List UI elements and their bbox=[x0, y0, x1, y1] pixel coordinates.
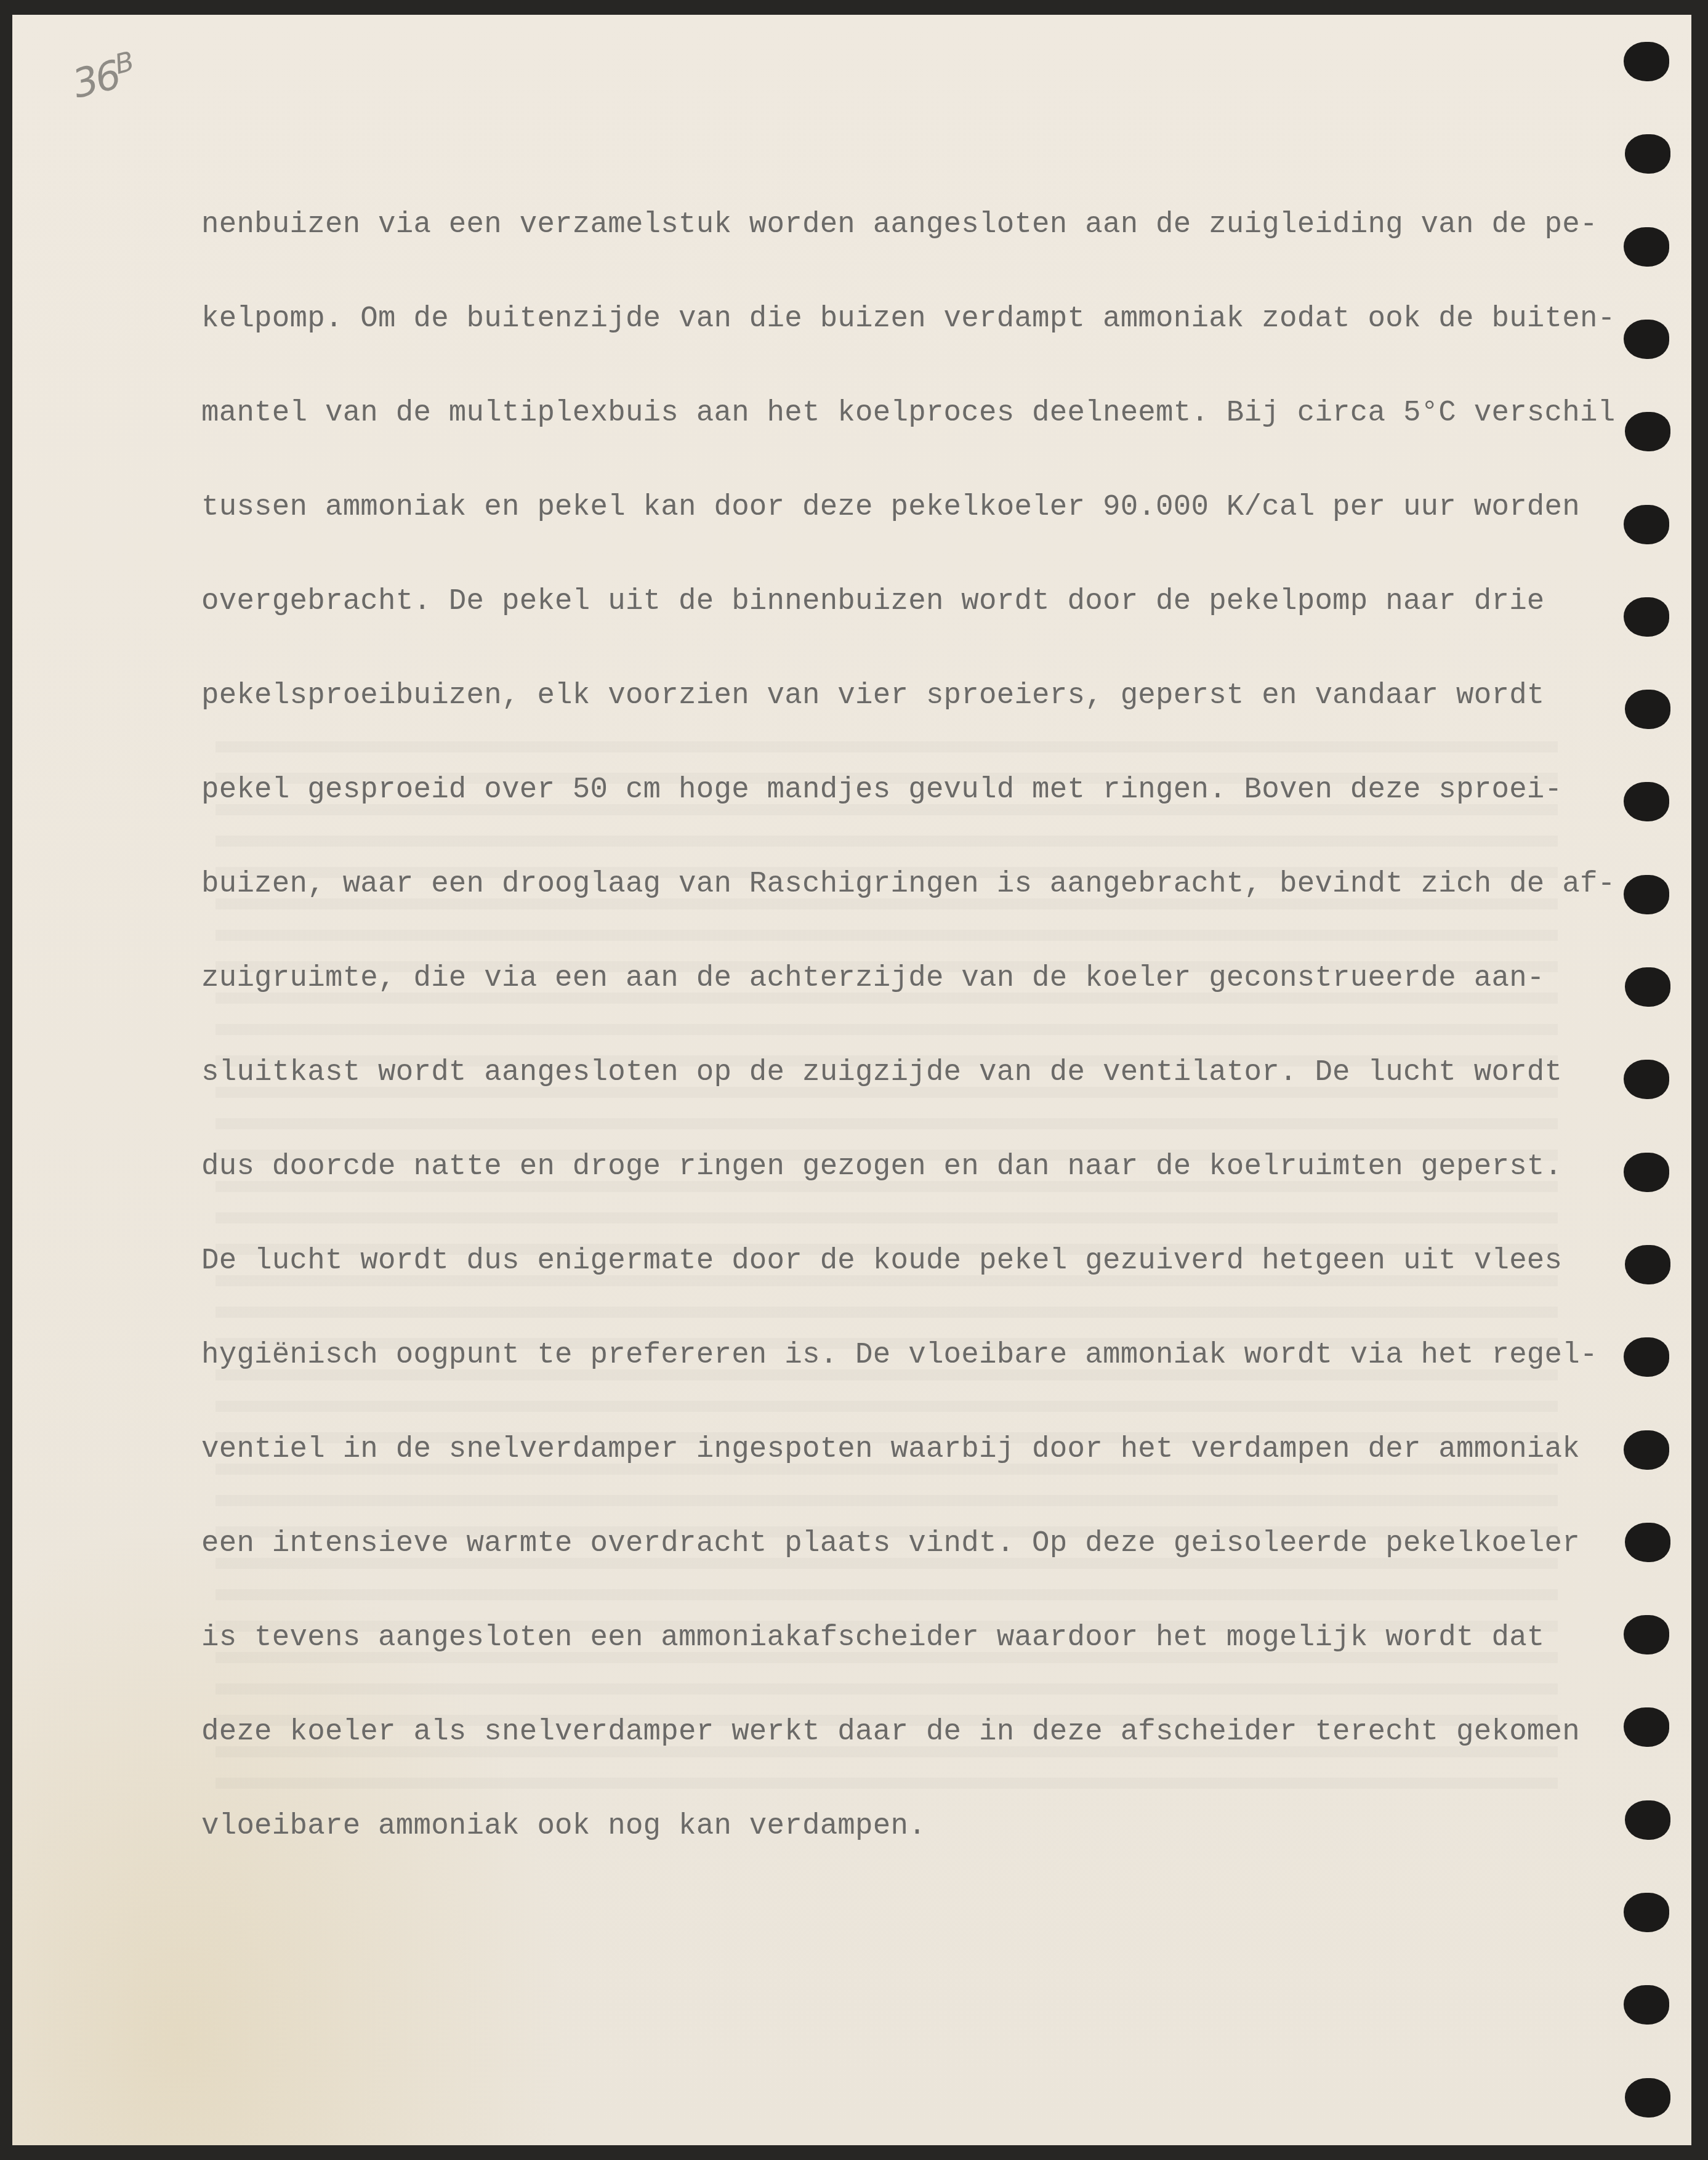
binder-hole-icon bbox=[1625, 967, 1670, 1007]
text-line: De lucht wordt dus enigermate door de ko… bbox=[201, 1246, 1593, 1277]
text-line: hygiënisch oogpunt te prefereren is. De … bbox=[201, 1340, 1593, 1371]
binder-hole-icon bbox=[1624, 1893, 1669, 1932]
handwritten-page-number: 36B bbox=[68, 46, 139, 108]
binder-hole-icon bbox=[1624, 1337, 1669, 1377]
text-line: dus doorcde natte en droge ringen gezoge… bbox=[201, 1151, 1593, 1183]
text-line: kelpomp. Om de buitenzijde van die buize… bbox=[201, 304, 1593, 335]
typewritten-paragraph: nenbuizen via een verzamelstuk worden aa… bbox=[201, 147, 1593, 1905]
binder-hole-icon bbox=[1625, 1800, 1670, 1840]
binder-hole-icon bbox=[1624, 875, 1669, 914]
text-line: zuigruimte, die via een aan de achterzij… bbox=[201, 963, 1593, 994]
text-line: mantel van de multiplexbuis aan het koel… bbox=[201, 398, 1593, 429]
binder-hole-icon bbox=[1624, 1985, 1669, 2025]
text-line: is tevens aangesloten een ammoniakafsche… bbox=[201, 1622, 1593, 1654]
binder-hole-icon bbox=[1624, 42, 1669, 81]
text-line: vloeibare ammoniak ook nog kan verdampen… bbox=[201, 1811, 1593, 1842]
text-line: pekel gesproeid over 50 cm hoge mandjes … bbox=[201, 775, 1593, 806]
text-line: pekelsproeibuizen, elk voorzien van vier… bbox=[201, 680, 1593, 712]
binder-hole-icon bbox=[1625, 1245, 1670, 1284]
binder-hole-icon bbox=[1624, 1430, 1669, 1470]
binder-hole-icon bbox=[1624, 1153, 1669, 1192]
text-line: deze koeler als snelverdamper werkt daar… bbox=[201, 1717, 1593, 1748]
binder-hole-icon bbox=[1624, 1615, 1669, 1654]
text-line: tussen ammoniak en pekel kan door deze p… bbox=[201, 492, 1593, 523]
binder-hole-icon bbox=[1625, 690, 1670, 729]
text-line: een intensieve warmte overdracht plaats … bbox=[201, 1528, 1593, 1560]
binder-hole-icon bbox=[1625, 134, 1670, 174]
text-line: ventiel in de snelverdamper ingespoten w… bbox=[201, 1434, 1593, 1465]
binder-hole-icon bbox=[1624, 320, 1669, 359]
binder-hole-icon bbox=[1624, 505, 1669, 544]
text-line: overgebracht. De pekel uit de binnenbuiz… bbox=[201, 586, 1593, 618]
binder-hole-icon bbox=[1625, 1523, 1670, 1562]
binder-hole-icon bbox=[1625, 412, 1670, 451]
document-page: 36B nenbuizen via een verzamelstuk worde… bbox=[12, 15, 1691, 2145]
binder-hole-icon bbox=[1624, 227, 1669, 267]
text-line: sluitkast wordt aangesloten op de zuigzi… bbox=[201, 1057, 1593, 1089]
binder-hole-icon bbox=[1624, 1060, 1669, 1099]
binder-hole-icon bbox=[1624, 597, 1669, 637]
text-line: nenbuizen via een verzamelstuk worden aa… bbox=[201, 209, 1593, 241]
binder-hole-icon bbox=[1624, 782, 1669, 821]
binder-hole-icon bbox=[1624, 1707, 1669, 1747]
binder-hole-icon bbox=[1625, 2078, 1670, 2118]
text-line: buizen, waar een drooglaag van Raschigri… bbox=[201, 869, 1593, 900]
